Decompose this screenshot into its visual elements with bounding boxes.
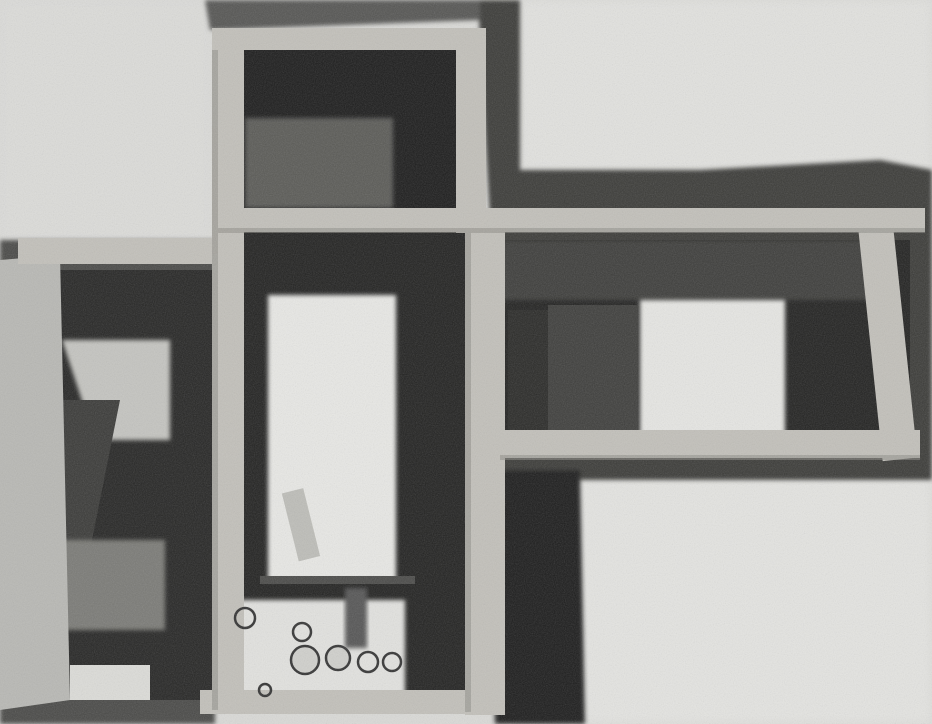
- photo-canvas: [0, 0, 932, 724]
- tomb-photograph: Black-and-white overhead photograph of a…: [0, 0, 932, 724]
